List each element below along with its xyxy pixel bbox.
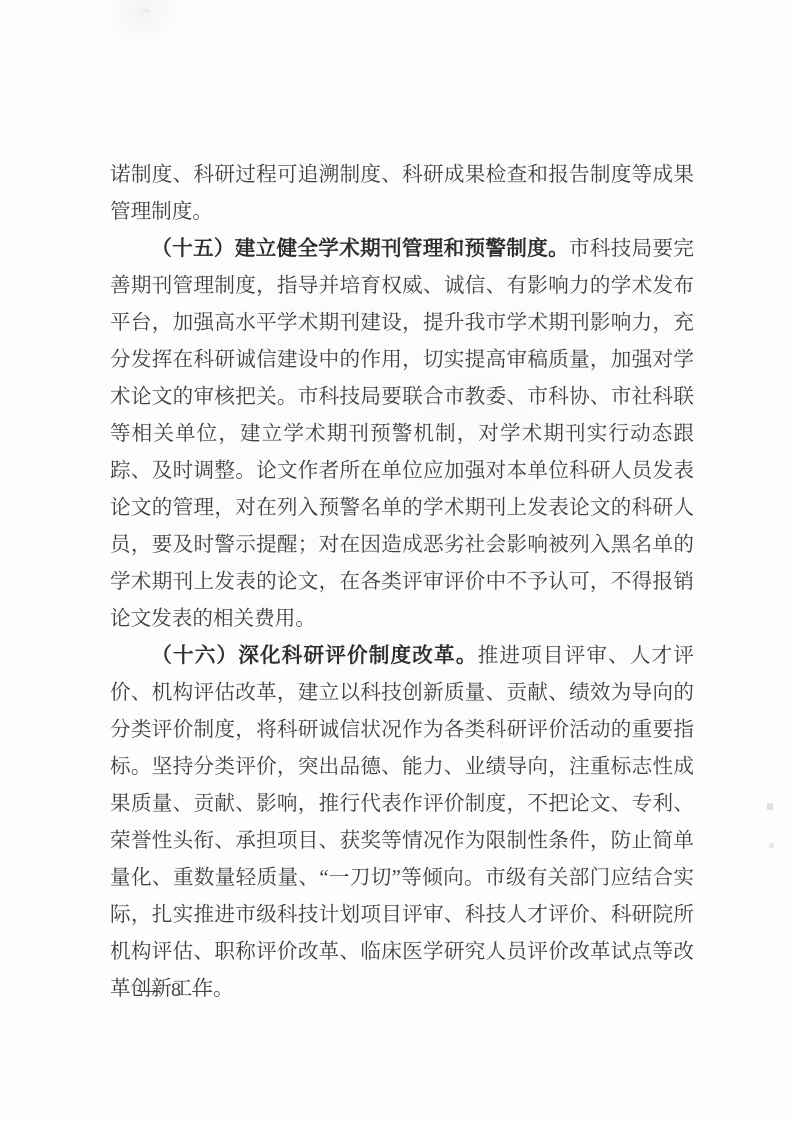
document-body: 诺制度、科研过程可追溯制度、科研成果检查和报告制度等成果管理制度。（十五）建立健… bbox=[110, 157, 694, 1008]
document-page: 诺制度、科研过程可追溯制度、科研成果检查和报告制度等成果管理制度。（十五）建立健… bbox=[0, 0, 793, 1122]
scan-artifact bbox=[767, 803, 773, 810]
page-number: — 8 — bbox=[140, 978, 215, 1002]
section-heading: （十五）建立健全学术期刊管理和预警制度。 bbox=[151, 238, 569, 260]
scan-artifact bbox=[142, 9, 150, 12]
paragraph: （十五）建立健全学术期刊管理和预警制度。市科技局要完善期刊管理制度，指导并培育权… bbox=[110, 231, 694, 638]
scan-artifact bbox=[769, 843, 774, 848]
paragraph: 诺制度、科研过程可追溯制度、科研成果检查和报告制度等成果管理制度。 bbox=[110, 157, 694, 231]
paragraph: （十六）深化科研评价制度改革。推进项目评审、人才评价、机构评估改革，建立以科技创… bbox=[110, 638, 694, 1008]
section-heading: （十六）深化科研评价制度改革。 bbox=[151, 645, 477, 667]
